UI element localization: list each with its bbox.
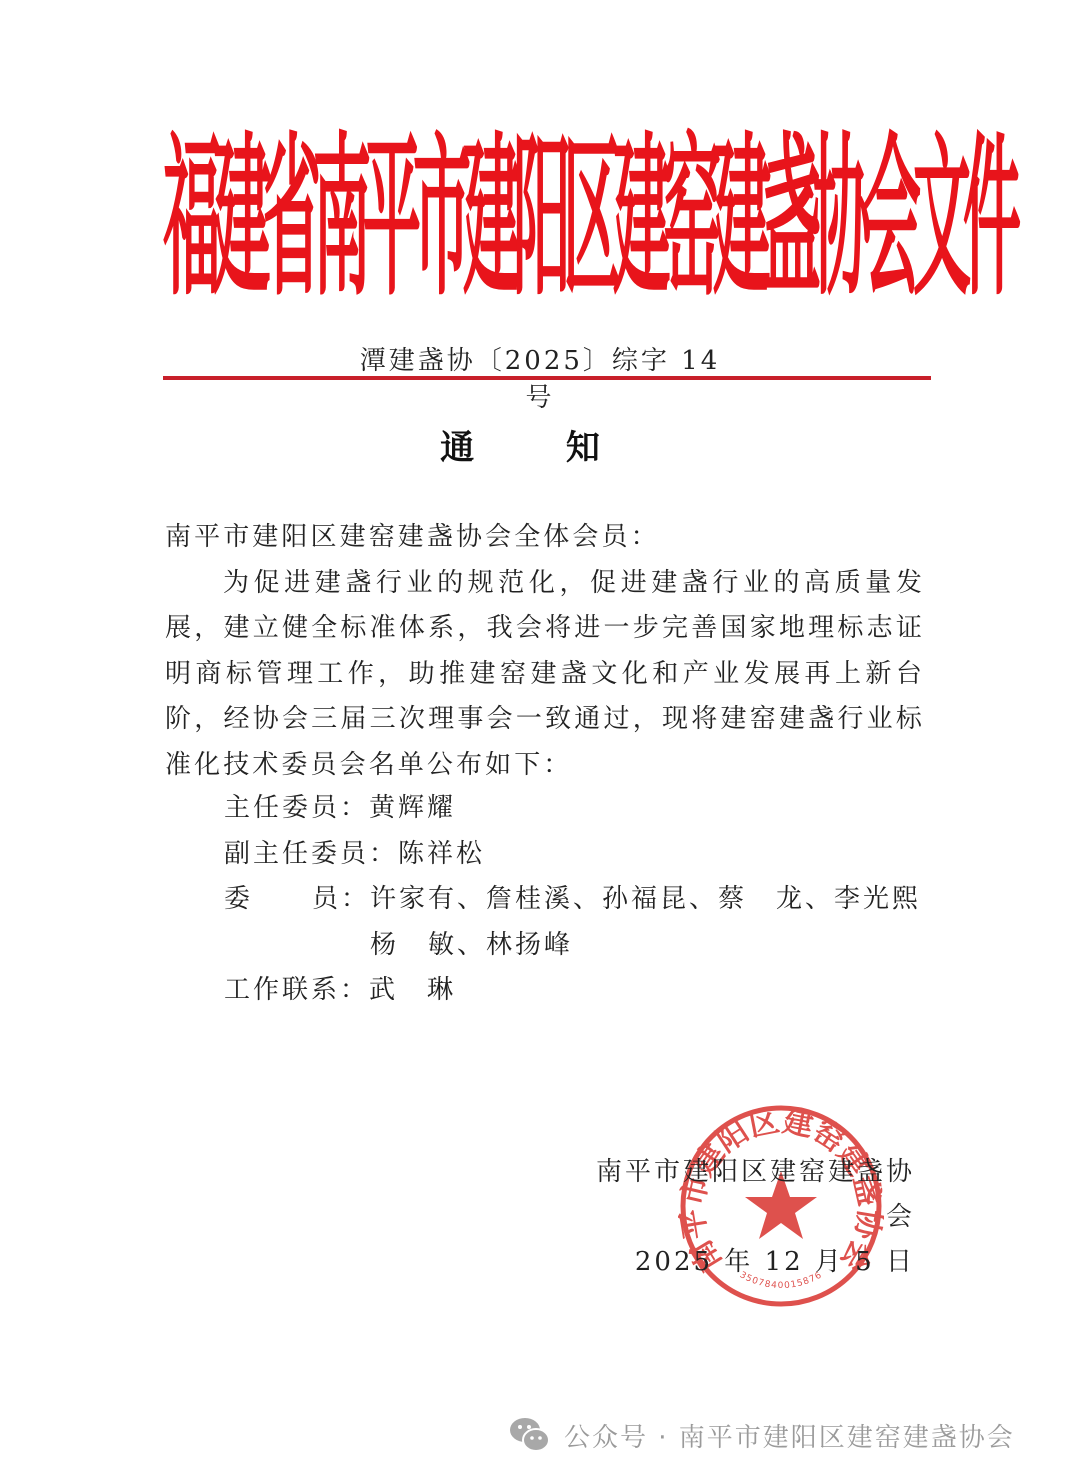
red-divider: [163, 376, 931, 380]
members-names: 许家有、詹桂溪、孙福昆、蔡 龙、李光熙 杨 敏、林扬峰: [370, 877, 921, 968]
footer-account-name: 公众号 · 南平市建阳区建窑建盏协会: [564, 1417, 1015, 1454]
wechat-footer[interactable]: 公众号 · 南平市建阳区建窑建盏协会: [508, 1413, 1015, 1457]
director-row: 主任委员： 黄辉耀: [224, 786, 921, 832]
wechat-icon: [508, 1415, 552, 1455]
director-label: 主任委员：: [224, 786, 369, 832]
notice-paragraph: 为促进建盏行业的规范化，促进建盏行业的高质量发展，建立健全标准体系，我会将进一步…: [165, 561, 925, 789]
director-name: 黄辉耀: [369, 786, 456, 832]
members-line-1: 许家有、詹桂溪、孙福昆、蔡 龙、李光熙: [370, 877, 921, 923]
contact-row: 工作联系： 武 琳: [224, 968, 921, 1014]
members-label-b: 员：: [312, 877, 370, 968]
signature-block: 南平市建阳区建窑建盏协会 2025 年 12 月 5 日: [570, 1150, 915, 1285]
contact-name: 武 琳: [369, 968, 456, 1014]
deputy-row: 副主任委员： 陈祥松: [224, 832, 921, 878]
notice-title: 通 知: [0, 420, 1080, 469]
signature-date: 2025 年 12 月 5 日: [570, 1240, 915, 1285]
members-line-2: 杨 敏、林扬峰: [370, 923, 921, 969]
contact-label: 工作联系：: [224, 968, 369, 1014]
members-label: 委 员：: [224, 877, 370, 968]
signature-org: 南平市建阳区建窑建盏协会: [570, 1150, 915, 1240]
document-header-title: 福建省南平市建阳区建窑建盏协会文件: [163, 118, 923, 318]
members-row: 委 员： 许家有、詹桂溪、孙福昆、蔡 龙、李光熙 杨 敏、林扬峰: [224, 877, 921, 968]
members-label-a: 委: [224, 877, 253, 968]
salutation: 南平市建阳区建窑建盏协会全体会员：: [165, 515, 925, 561]
deputy-name: 陈祥松: [398, 832, 485, 878]
deputy-label: 副主任委员：: [224, 832, 398, 878]
notice-body: 南平市建阳区建窑建盏协会全体会员： 为促进建盏行业的规范化，促进建盏行业的高质量…: [165, 515, 925, 789]
committee-list: 主任委员： 黄辉耀 副主任委员： 陈祥松 委 员： 许家有、詹桂溪、孙福昆、蔡 …: [224, 786, 921, 1014]
